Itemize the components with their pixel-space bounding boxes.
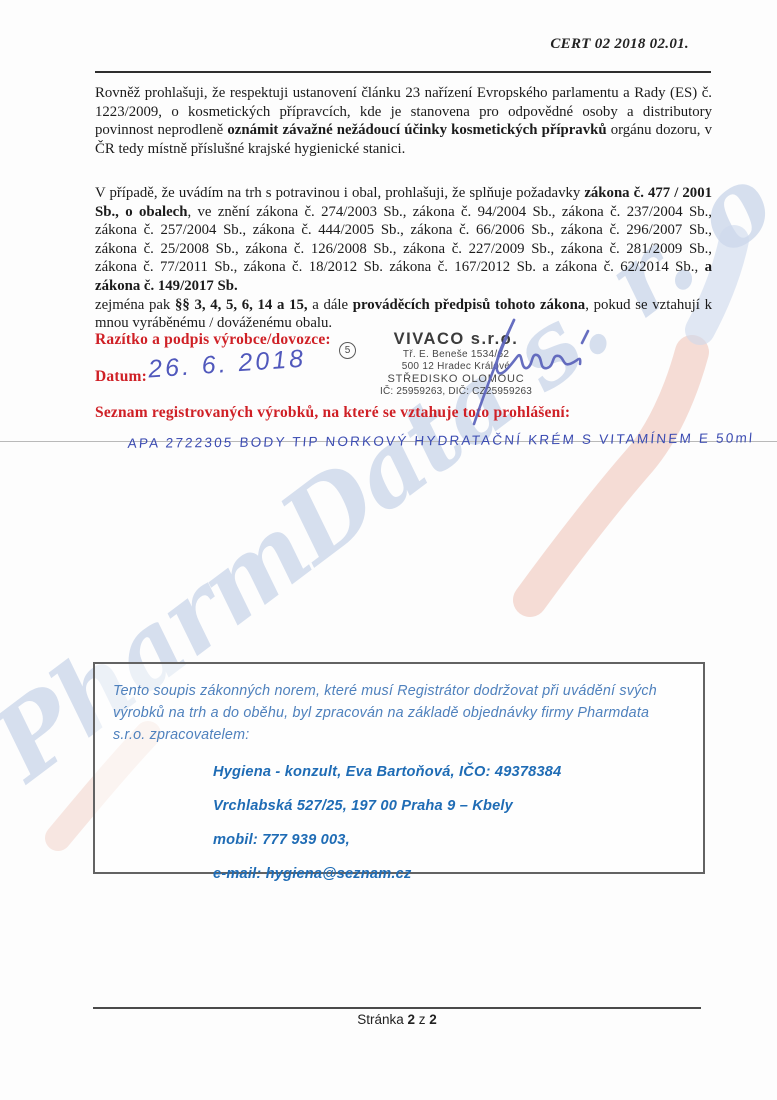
footer-divider [93,1007,701,1009]
handwritten-date: 26. 6. 2018 [147,345,307,385]
stamp-number-badge: 5 [339,342,356,359]
header-divider [95,71,711,73]
registrar-info-box: Tento soupis zákonných norem, které musí… [93,662,705,874]
paragraph-packaging-law: V případě, že uvádím na trh s potravinou… [95,184,712,333]
page-number: Stránka 2 z 2 [93,1012,701,1027]
info-box-paragraph: Tento soupis zákonných norem, které musí… [113,680,685,746]
watermark-accent-swoosh [0,0,777,1100]
document-code: CERT 02 2018 02.01. [550,36,689,53]
contact-line-address: Vrchlabská 527/25, 197 00 Praha 9 – Kbel… [213,798,685,814]
document-page: { "header": { "code": "CERT 02 2018 02.0… [0,0,777,1100]
contact-line-email: e-mail: hygiena@seznam.cz [213,866,685,882]
signature-graphic [428,312,593,427]
handwritten-product-line: APA 2722305 BODY TIP NORKOVÝ HYDRATAČNÍ … [127,430,777,451]
contact-line-mobile: mobil: 777 939 003, [213,832,685,848]
paragraph-cosmetics-compliance: Rovněž prohlašuji, že respektuji ustanov… [95,84,712,158]
contact-line-company: Hygiena - konzult, Eva Bartoňová, IČO: 4… [213,764,685,780]
date-label: Datum: [95,368,147,386]
